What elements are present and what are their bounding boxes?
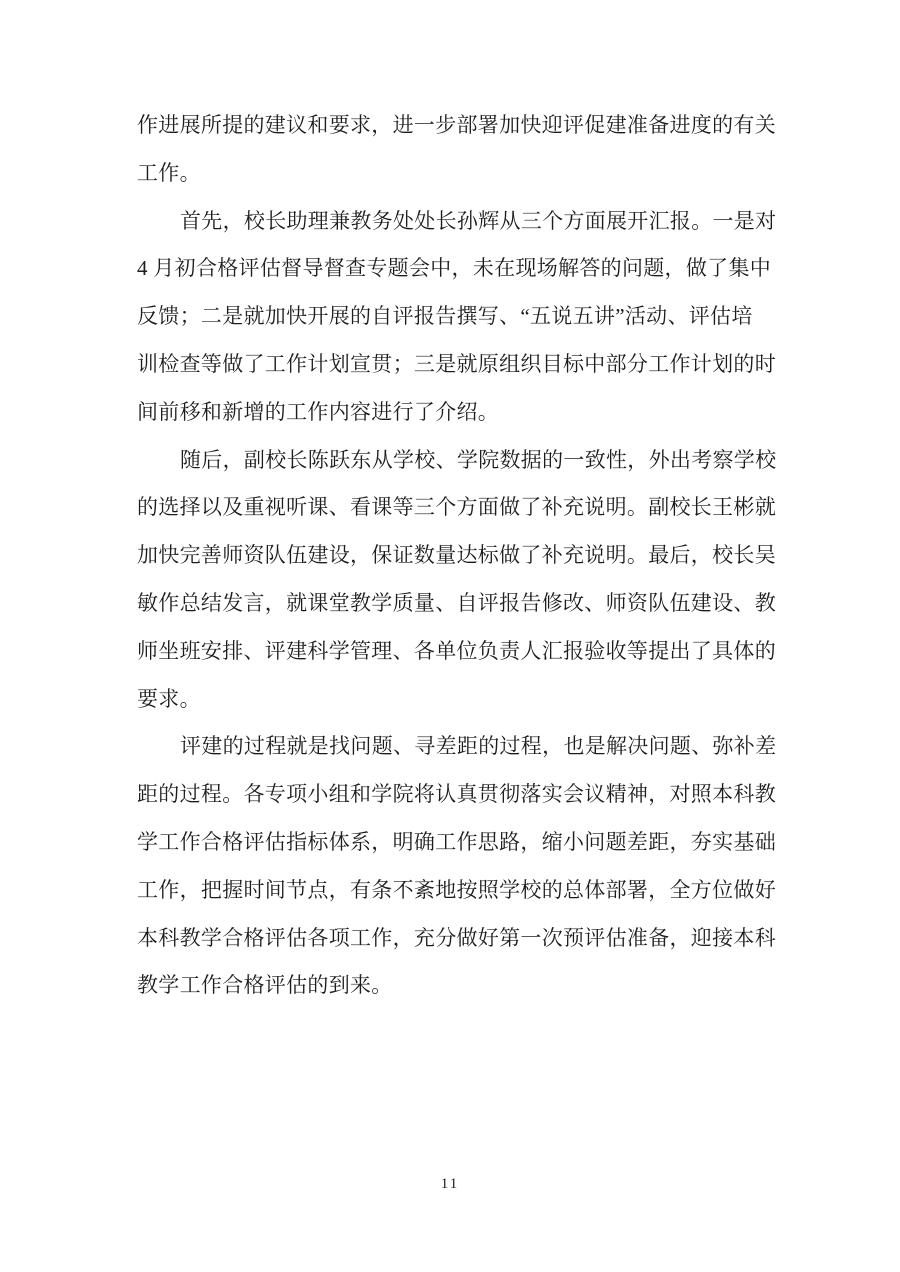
text-line: 评建的过程就是找问题、寻差距的过程，也是解决问题、弥补差: [137, 723, 782, 771]
text-line: 加快完善师资队伍建设，保证数量达标做了补充说明。最后，校长吴: [137, 532, 782, 580]
page-number: 11: [0, 1176, 900, 1193]
text-line: 距的过程。各专项小组和学院将认真贯彻落实会议精神，对照本科教: [137, 771, 782, 819]
text-line: 工作，把握时间节点，有条不紊地按照学校的总体部署，全方位做好: [137, 867, 782, 915]
text-line: 作进展所提的建议和要求，进一步部署加快迎评促建准备进度的有关: [137, 102, 782, 150]
text-line: 要求。: [137, 676, 782, 724]
document-page: 作进展所提的建议和要求，进一步部署加快迎评促建准备进度的有关工作。首先，校长助理…: [0, 0, 900, 1272]
paragraph: 随后，副校长陈跃东从学校、学院数据的一致性，外出考察学校的选择以及重视听课、看课…: [137, 437, 782, 724]
text-line: 教学工作合格评估的到来。: [137, 962, 782, 1010]
text-line: 间前移和新增的工作内容进行了介绍。: [137, 389, 782, 437]
text-line: 首先，校长助理兼教务处处长孙辉从三个方面展开汇报。一是对: [137, 198, 782, 246]
text-line: 学工作合格评估指标体系，明确工作思路，缩小问题差距，夯实基础: [137, 819, 782, 867]
text-line: 训检查等做了工作计划宣贯；三是就原组织目标中部分工作计划的时: [137, 341, 782, 389]
text-line: 敏作总结发言，就课堂教学质量、自评报告修改、师资队伍建设、教: [137, 580, 782, 628]
document-body: 作进展所提的建议和要求，进一步部署加快迎评促建准备进度的有关工作。首先，校长助理…: [137, 102, 782, 1010]
text-line: 师坐班安排、评建科学管理、各单位负责人汇报验收等提出了具体的: [137, 628, 782, 676]
text-line: 反馈；二是就加快开展的自评报告撰写、“五说五讲”活动、评估培: [137, 293, 782, 341]
text-line: 本科教学合格评估各项工作，充分做好第一次预评估准备，迎接本科: [137, 915, 782, 963]
text-line: 工作。: [137, 150, 782, 198]
paragraph: 评建的过程就是找问题、寻差距的过程，也是解决问题、弥补差距的过程。各专项小组和学…: [137, 723, 782, 1010]
text-line: 4 月初合格评估督导督查专题会中，未在现场解答的问题，做了集中: [137, 245, 782, 293]
paragraph: 作进展所提的建议和要求，进一步部署加快迎评促建准备进度的有关工作。: [137, 102, 782, 198]
text-line: 随后，副校长陈跃东从学校、学院数据的一致性，外出考察学校: [137, 437, 782, 485]
text-line: 的选择以及重视听课、看课等三个方面做了补充说明。副校长王彬就: [137, 484, 782, 532]
paragraph: 首先，校长助理兼教务处处长孙辉从三个方面展开汇报。一是对4 月初合格评估督导督查…: [137, 198, 782, 437]
